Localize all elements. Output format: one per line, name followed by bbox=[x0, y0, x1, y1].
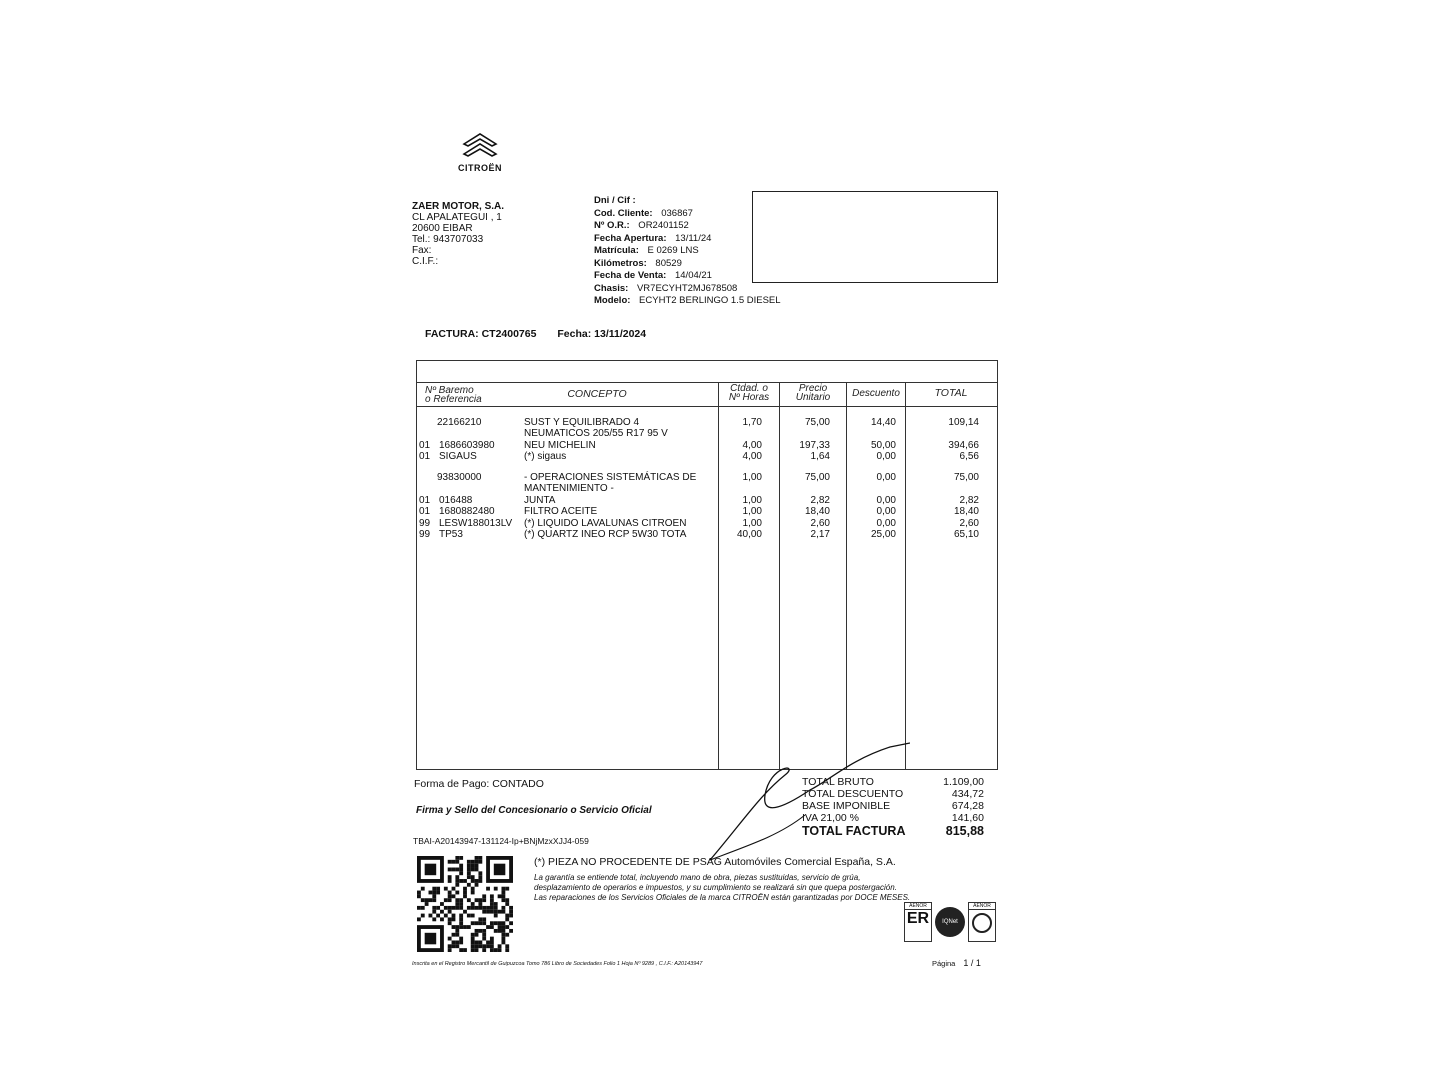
line-reference: SIGAUS bbox=[439, 451, 477, 463]
line-concept: NEU MICHELIN bbox=[524, 440, 596, 452]
line-quantity: 4,00 bbox=[718, 440, 762, 452]
dealer-city: 20600 EIBAR bbox=[412, 223, 504, 234]
line-quantity: 40,00 bbox=[718, 529, 762, 541]
registry-info: Inscrita en el Registro Mercantil de Gui… bbox=[412, 961, 702, 967]
line-reference: TP53 bbox=[439, 529, 463, 541]
line-concept: (*) LIQUIDO LAVALUNAS CITROEN bbox=[524, 518, 686, 530]
line-quantity: 1,00 bbox=[718, 518, 762, 530]
aenor-environment-badge: AENOR bbox=[968, 902, 996, 942]
line-unit-price: 2,17 bbox=[779, 529, 830, 541]
dealer-cif: C.I.F.: bbox=[412, 256, 504, 267]
line-total: 6,56 bbox=[905, 451, 979, 463]
line-total: 2,60 bbox=[905, 518, 979, 530]
header-ref: Nº Baremoo Referencia bbox=[425, 386, 482, 404]
iqnet-badge: IQNet bbox=[935, 907, 965, 937]
vehicle-field: Chasis: VR7ECYHT2MJ678508 bbox=[594, 283, 781, 296]
warranty-text: La garantía se entiende total, incluyend… bbox=[534, 873, 910, 903]
line-concept: JUNTA bbox=[524, 495, 555, 507]
line-reference: 1680882480 bbox=[439, 506, 495, 518]
line-unit-price: 1,64 bbox=[779, 451, 830, 463]
page-indicator: Página1 / 1 bbox=[932, 958, 981, 968]
header-qty: Ctdad. oNº Horas bbox=[719, 384, 779, 402]
vehicle-field: Modelo: ECYHT2 BERLINGO 1.5 DIESEL bbox=[594, 295, 781, 308]
line-concept: - OPERACIONES SISTEMÁTICAS DE bbox=[524, 472, 696, 484]
line-code: 01 bbox=[419, 440, 430, 452]
line-unit-price: 75,00 bbox=[779, 472, 830, 484]
invoice-number: FACTURA: CT2400765 bbox=[425, 328, 536, 340]
line-code: 01 bbox=[419, 506, 430, 518]
line-discount: 0,00 bbox=[846, 506, 896, 518]
line-discount: 0,00 bbox=[846, 451, 896, 463]
line-discount: 25,00 bbox=[846, 529, 896, 541]
header-total: TOTAL bbox=[906, 389, 996, 398]
line-code: 01 bbox=[419, 451, 430, 463]
line-discount: 0,00 bbox=[846, 495, 896, 507]
citroen-double-chevron-icon bbox=[460, 130, 500, 162]
line-quantity: 4,00 bbox=[718, 451, 762, 463]
line-concept: MANTENIMIENTO - bbox=[524, 483, 614, 495]
line-concept: FILTRO ACEITE bbox=[524, 506, 597, 518]
aenor-er-badge: AENOR ER bbox=[904, 902, 932, 942]
line-unit-price: 2,82 bbox=[779, 495, 830, 507]
line-total: 109,14 bbox=[905, 417, 979, 429]
line-discount: 0,00 bbox=[846, 472, 896, 484]
customer-address-box bbox=[752, 191, 998, 283]
line-total: 75,00 bbox=[905, 472, 979, 484]
signature-label: Firma y Sello del Concesionario o Servic… bbox=[416, 805, 652, 816]
line-unit-price: 197,33 bbox=[779, 440, 830, 452]
dealer-address: CL APALATEGUI , 1 bbox=[412, 212, 504, 223]
line-concept: (*) QUARTZ INEO RCP 5W30 TOTA bbox=[524, 529, 686, 541]
payment-method: Forma de Pago: CONTADO bbox=[414, 778, 544, 790]
dealer-info: ZAER MOTOR, S.A. CL APALATEGUI , 1 20600… bbox=[412, 201, 504, 267]
line-unit-price: 18,40 bbox=[779, 506, 830, 518]
line-code: 99 bbox=[419, 518, 430, 530]
line-reference: 22166210 bbox=[437, 417, 482, 429]
line-total: 18,40 bbox=[905, 506, 979, 518]
line-concept: (*) sigaus bbox=[524, 451, 566, 463]
header-price: PrecioUnitario bbox=[780, 384, 846, 402]
line-discount: 50,00 bbox=[846, 440, 896, 452]
qr-code[interactable] bbox=[415, 856, 515, 952]
line-quantity: 1,70 bbox=[718, 417, 762, 429]
line-code: 01 bbox=[419, 495, 430, 507]
header-discount: Descuento bbox=[847, 389, 905, 398]
dealer-name: ZAER MOTOR, S.A. bbox=[412, 201, 504, 212]
line-quantity: 1,00 bbox=[718, 472, 762, 484]
header-concepto: CONCEPTO bbox=[527, 390, 667, 399]
line-reference: 93830000 bbox=[437, 472, 482, 484]
line-reference: 1686603980 bbox=[439, 440, 495, 452]
invoice-date: Fecha: 13/11/2024 bbox=[557, 328, 646, 340]
line-reference: LESW188013LV bbox=[439, 518, 512, 530]
line-discount: 14,40 bbox=[846, 417, 896, 429]
brand-name: CITROËN bbox=[448, 163, 512, 173]
line-quantity: 1,00 bbox=[718, 506, 762, 518]
citroen-logo: CITROËN bbox=[448, 130, 512, 173]
line-total: 2,82 bbox=[905, 495, 979, 507]
line-total: 65,10 bbox=[905, 529, 979, 541]
tbai-code: TBAI-A20143947-131124-Ip+BNjMzxXJJ4-059 bbox=[413, 836, 589, 846]
invoice-header: FACTURA: CT2400765 Fecha: 13/11/2024 bbox=[425, 328, 664, 340]
line-reference: 016488 bbox=[439, 495, 472, 507]
non-psa-part-note: (*) PIEZA NO PROCEDENTE DE PSAG Automóvi… bbox=[534, 856, 896, 868]
line-unit-price: 2,60 bbox=[779, 518, 830, 530]
line-concept: NEUMATICOS 205/55 R17 95 V bbox=[524, 428, 668, 440]
line-quantity: 1,00 bbox=[718, 495, 762, 507]
dealer-fax: Fax: bbox=[412, 245, 504, 256]
line-discount: 0,00 bbox=[846, 518, 896, 530]
line-total: 394,66 bbox=[905, 440, 979, 452]
line-concept: SUST Y EQUILIBRADO 4 bbox=[524, 417, 639, 429]
line-unit-price: 75,00 bbox=[779, 417, 830, 429]
line-code: 99 bbox=[419, 529, 430, 541]
dealer-tel: Tel.: 943707033 bbox=[412, 234, 504, 245]
invoice-lines-table: Nº Baremoo Referencia CONCEPTO Ctdad. oN… bbox=[416, 360, 998, 770]
